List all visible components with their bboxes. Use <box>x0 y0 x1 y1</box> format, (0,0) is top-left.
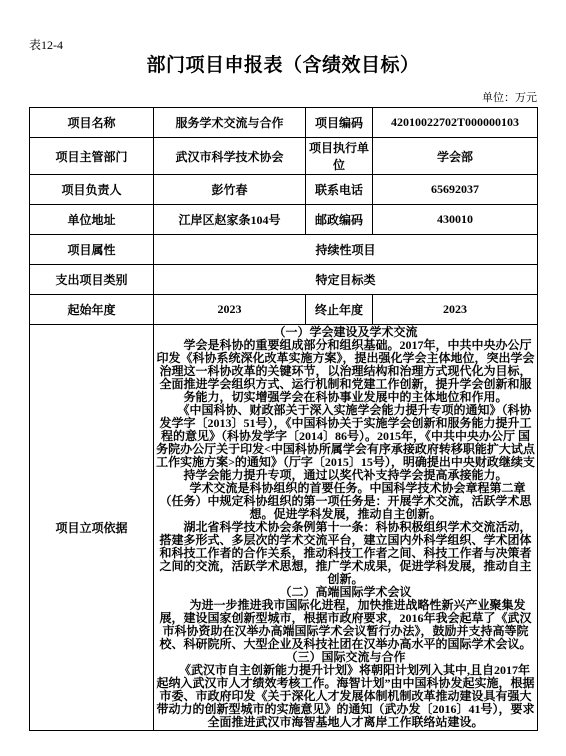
row-expenditure-category: 支出项目类别 特定目标类 <box>30 265 538 295</box>
document-page: 表12-4 部门项目申报表（含绩效目标） 单位：万元 项目名称 服务学术交流与合… <box>0 0 566 756</box>
postal-code-label: 邮政编码 <box>306 205 373 235</box>
start-year-value: 2023 <box>154 295 306 325</box>
postal-code-value: 430010 <box>373 205 538 235</box>
end-year-value: 2023 <box>373 295 538 325</box>
unit-address-label: 单位地址 <box>30 205 154 235</box>
project-basis-text: （一）学会建设及学术交流 学会是科协的重要组成部分和组织基础。2017年，中共中… <box>154 325 538 731</box>
project-leader-value: 彭竹春 <box>154 175 306 205</box>
project-application-table: 项目名称 服务学术交流与合作 项目编码 42010022702T00000010… <box>29 107 538 731</box>
row-project-name: 项目名称 服务学术交流与合作 项目编码 42010022702T00000010… <box>30 108 538 138</box>
row-address: 单位地址 江岸区赵家条104号 邮政编码 430010 <box>30 205 538 235</box>
row-years: 起始年度 2023 终止年度 2023 <box>30 295 538 325</box>
project-attribute-value: 持续性项目 <box>154 235 538 265</box>
row-project-basis: 项目立项依据 （一）学会建设及学术交流 学会是科协的重要组成部分和组织基础。20… <box>30 325 538 731</box>
project-basis-label: 项目立项依据 <box>30 325 154 731</box>
start-year-label: 起始年度 <box>30 295 154 325</box>
project-code-value: 42010022702T000000103 <box>373 108 538 138</box>
project-attribute-label: 项目属性 <box>30 235 154 265</box>
end-year-label: 终止年度 <box>306 295 373 325</box>
row-project-attribute: 项目属性 持续性项目 <box>30 235 538 265</box>
supervising-department-label: 项目主管部门 <box>30 138 154 175</box>
executing-unit-value: 学会部 <box>373 138 538 175</box>
expenditure-category-label: 支出项目类别 <box>30 265 154 295</box>
project-name-label: 项目名称 <box>30 108 154 138</box>
unit-address-value: 江岸区赵家条104号 <box>154 205 306 235</box>
expenditure-category-value: 特定目标类 <box>154 265 538 295</box>
phone-label: 联系电话 <box>306 175 373 205</box>
project-code-label: 项目编码 <box>306 108 373 138</box>
row-leader: 项目负责人 彭竹春 联系电话 65692037 <box>30 175 538 205</box>
phone-value: 65692037 <box>373 175 538 205</box>
page-title: 部门项目申报表（含绩效目标） <box>0 50 566 77</box>
project-name-value: 服务学术交流与合作 <box>154 108 306 138</box>
executing-unit-label: 项目执行单位 <box>306 138 373 175</box>
unit-note: 单位：万元 <box>482 89 537 105</box>
supervising-department-value: 武汉市科学技术协会 <box>154 138 306 175</box>
row-department: 项目主管部门 武汉市科学技术协会 项目执行单位 学会部 <box>30 138 538 175</box>
project-leader-label: 项目负责人 <box>30 175 154 205</box>
